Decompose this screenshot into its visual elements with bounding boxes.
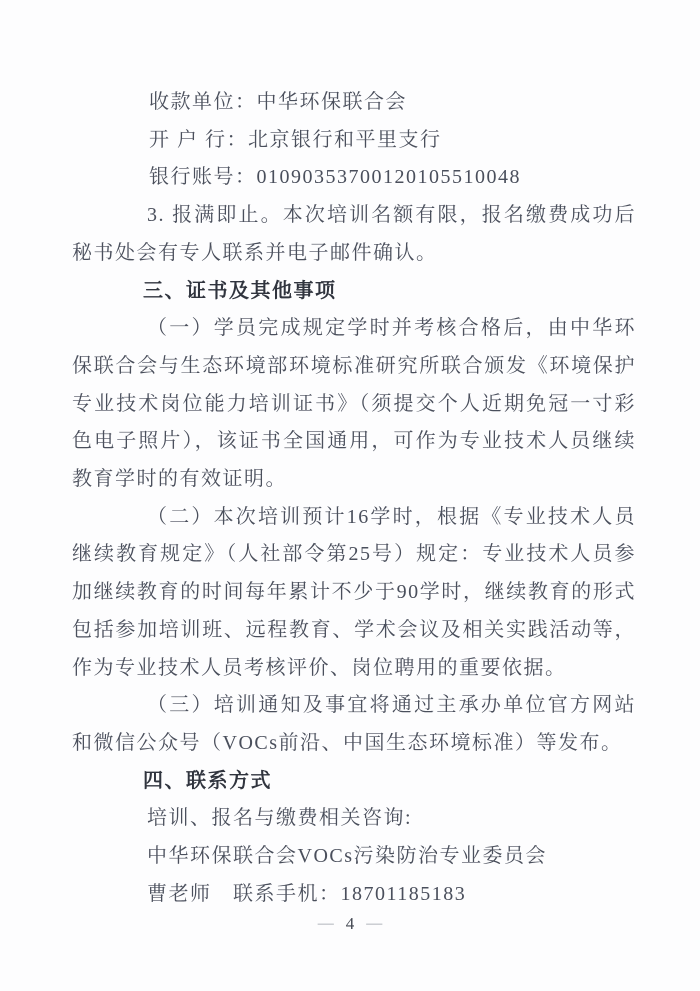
bank-account-line: 银行账号：01090353700120105510048 — [72, 159, 636, 197]
payee-line: 收款单位：中华环保联合会 — [72, 84, 636, 122]
note-3-paragraph: 3. 报满即止。本次培训名额有限，报名缴费成功后秘书处会有专人联系并电子邮件确认… — [72, 197, 636, 272]
footer-dash-left: — — [318, 915, 334, 933]
page-number: 4 — [346, 914, 355, 934]
item-2-paragraph: （二）本次培训预计16学时，根据《专业技术人员继续教育规定》（人社部令第25号）… — [72, 499, 636, 688]
document-page: 收款单位：中华环保联合会 开 户 行：北京银行和平里支行 银行账号：010903… — [0, 0, 700, 991]
section-4-heading: 四、联系方式 — [72, 763, 636, 801]
item-1-paragraph: （一）学员完成规定学时并考核合格后，由中华环保联合会与生态环境部环境标准研究所联… — [72, 310, 636, 499]
committee-name-line: 中华环保联合会VOCs污染防治专业委员会 — [72, 838, 636, 876]
contact-phone-line: 曹老师 联系手机：18701185183 — [72, 876, 636, 914]
bank-branch-line: 开 户 行：北京银行和平里支行 — [72, 122, 636, 160]
section-3-heading: 三、证书及其他事项 — [72, 273, 636, 311]
footer-dash-right: — — [366, 915, 382, 933]
document-body: 收款单位：中华环保联合会 开 户 行：北京银行和平里支行 银行账号：010903… — [72, 84, 636, 913]
item-3-paragraph: （三）培训通知及事宜将通过主承办单位官方网站和微信公众号（VOCs前沿、中国生态… — [72, 687, 636, 762]
contact-intro-line: 培训、报名与缴费相关咨询: — [72, 800, 636, 838]
page-footer: — 4 — — [0, 914, 700, 934]
